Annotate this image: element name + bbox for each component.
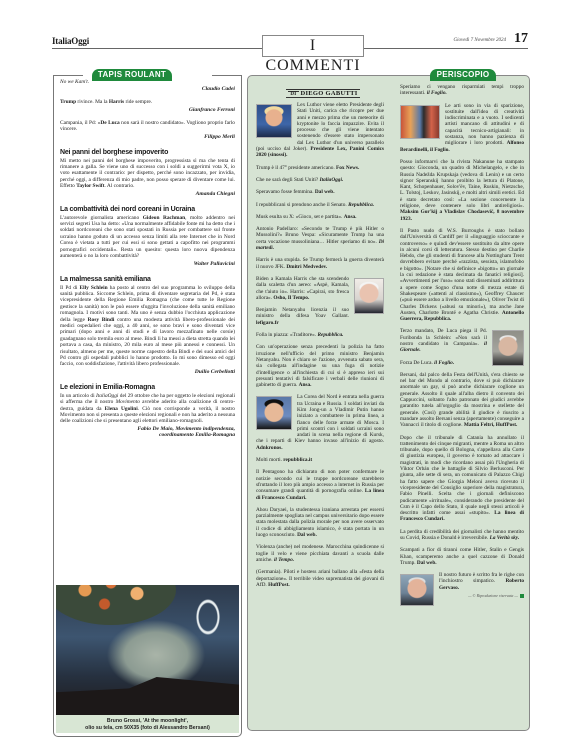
article-title: La malmessa sanità emiliana <box>60 276 235 284</box>
periscopio-column: DI DIEGO GABUTTI Lex Luthor viene eletto… <box>247 75 530 731</box>
image-caption: Bruno Grossi, 'At the moonlight', olio s… <box>56 715 239 733</box>
quote-item: Bersani, dal palco della Festa dell'Unit… <box>400 372 524 429</box>
quote-item: Antonio Padellaro: «Secondo te Trump è p… <box>256 226 384 251</box>
short-item: Campania, il Pd: «De Luca non sarà il no… <box>60 120 235 133</box>
signature: Walter Pallavicini <box>60 261 235 267</box>
quote-item: Posso informarvi che la rivista Nakanune… <box>400 159 524 222</box>
article-body: In un articolo di ItaliaOggi del 29 otto… <box>60 393 235 425</box>
periscopio-col-1: Lex Luthor viene eletto Presidente degli… <box>256 102 384 594</box>
issue-date: Giovedì 7 Novembre 2024 <box>454 38 506 43</box>
quote-item: Biden a Kamala Harris che sta scendendo … <box>256 276 384 301</box>
article-body: Mi metto nei panni del borghese impoveri… <box>60 158 235 190</box>
quote-item: Harris è una stupida. Se Trump fermerà l… <box>256 257 384 270</box>
signature-line2: coordinamento Emilia-Romagna <box>60 432 235 438</box>
quote-item: Speravamo fosse femmina. Dal web. <box>256 189 384 195</box>
quote-item: La Corea del Nord è entrata nella guerra… <box>256 394 384 451</box>
quote-item: Le arti sono in via di sparizione, sosti… <box>400 103 524 153</box>
quote-item: Il Pasto nudo di W.S. Burroughs è stato … <box>400 228 524 322</box>
article-body: Il Pd di Elly Schlein ha posto al centro… <box>60 285 235 368</box>
masthead: ItaliaOggi I COMMENTI Giovedì 7 Novembre… <box>52 30 528 60</box>
caption-line-2: olio su tela, cm 50X35 (foto di Alessand… <box>56 725 239 732</box>
periscopio-header: PERISCOPIO <box>430 69 496 81</box>
quote-item: Folla in piazza: «Traditore». Repubblica… <box>256 332 384 338</box>
signature: Duilio Cerbellotti <box>60 369 235 375</box>
gervaso-photo <box>400 574 434 606</box>
quote-item: Il Pentagono ha dichiarato di non poter … <box>256 469 384 500</box>
quote-item: Scampati a fior di tiranni come Hitler, … <box>400 547 524 566</box>
quote-item: Dopo che il tribunale di Catania ha annu… <box>400 435 524 523</box>
short-item: No we Kam't. <box>60 79 235 85</box>
biden-photo <box>354 278 384 314</box>
quote-item: Musk esulta su X: «Gioco, set e partita»… <box>256 214 384 220</box>
article-body: L'autorevole giornalista americano Gideo… <box>60 215 235 260</box>
quote-item: Con un'operazione senza precedenti la po… <box>256 344 384 388</box>
quote-item: Terzo mandato, De Luca piega il Pd. Furi… <box>400 328 524 353</box>
article-title: Le elezioni in Emilia-Romagna <box>60 384 235 392</box>
byline: DI DIEGO GABUTTI <box>248 90 398 97</box>
page-number: 17 <box>514 31 528 47</box>
quote-item: (Germania). Piloti e hostess ariani ball… <box>256 569 384 588</box>
article-title: Nei panni del borghese impoverito <box>60 149 235 157</box>
quote-item: I repubblicani si prendono anche il Sena… <box>256 202 384 208</box>
de-luca-photo <box>492 330 524 366</box>
article-title: La combattività dei nord coreani in Ucra… <box>60 206 235 214</box>
quote-item: Ahou Daryaei, la studentessa iraniana ar… <box>256 507 384 538</box>
end-square-icon <box>520 594 524 598</box>
section-title: I COMMENTI <box>262 35 364 57</box>
quote-item: Lex Luthor viene eletto Presidente degli… <box>256 102 384 159</box>
kim-jong-un-photo <box>256 396 292 430</box>
art-photo <box>400 105 440 139</box>
trump-photo <box>256 104 292 138</box>
quote-item: Trump è il 47° presidente americano. Fox… <box>256 165 384 171</box>
signature: Amanda Chiegni <box>60 191 235 197</box>
painting-image <box>56 585 239 715</box>
quote-item: Che ne sarà degli Stati Uniti? ItaliaOgg… <box>256 177 384 183</box>
brand-logo: ItaliaOggi <box>52 36 89 46</box>
short-item: Trump rivince. Ma la Harris ride sempre. <box>60 99 235 105</box>
periscopio-col-2: Speriamo ci vengano risparmiati tempi tr… <box>400 84 524 608</box>
signature: Filippo Merli <box>60 134 235 140</box>
quote-item: Il nostro futuro è scritto fra le righe … <box>400 572 524 591</box>
quote-item: Speriamo ci vengano risparmiati tempi tr… <box>400 84 524 97</box>
quote-item: La perdita di credibilità dei giornalist… <box>400 529 524 542</box>
quote-item: Violenza (anche) nel modenese. Marocchin… <box>256 544 384 563</box>
quote-item: Molti morti. repubblica.it <box>256 457 384 463</box>
